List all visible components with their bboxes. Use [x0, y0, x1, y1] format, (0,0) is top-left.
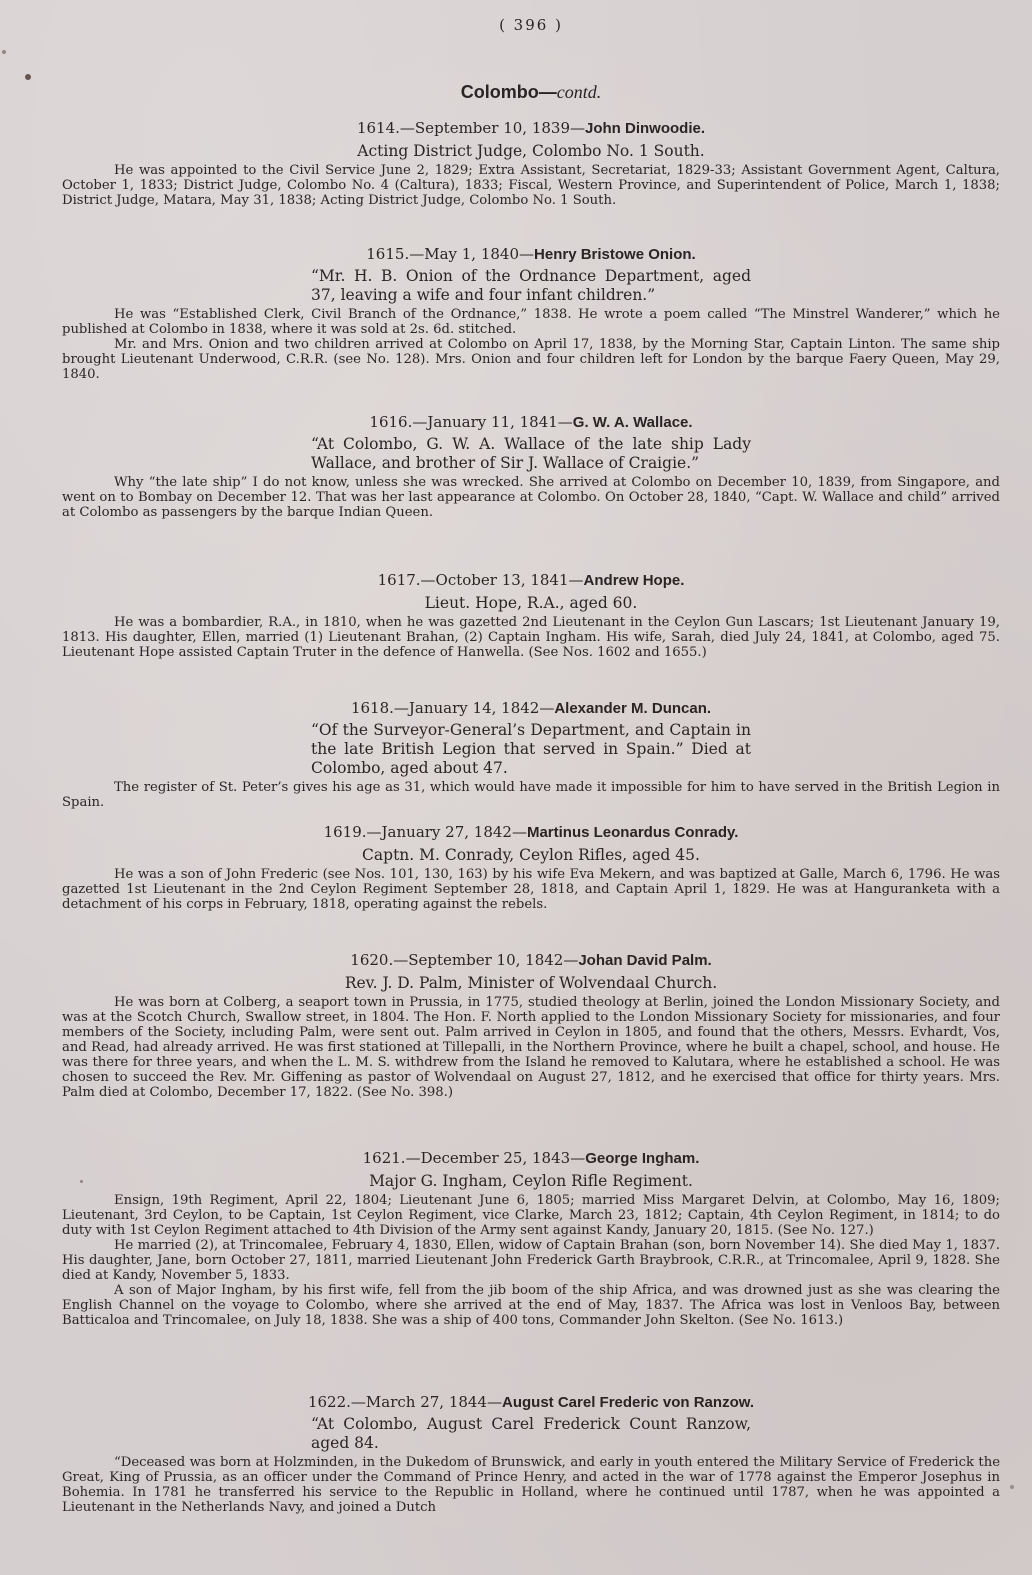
entry-quote: “At Colombo, G. W. A. Wallace of the lat… [311, 435, 751, 473]
entry-paragraph: He was born at Colberg, a seaport town i… [62, 995, 1000, 1100]
paper-speck [80, 1180, 83, 1183]
entry-name: G. W. A. Wallace. [573, 414, 693, 431]
entry-subtitle: Lieut. Hope, R.A., aged 60. [62, 593, 1000, 613]
entry-number-date: 1616.—January 11, 1841— [369, 413, 572, 431]
entry-number-date: 1615.—May 1, 1840— [366, 245, 534, 263]
paper-speck [25, 74, 31, 80]
entry-1622: 1622.—March 27, 1844—August Carel Freder… [62, 1392, 1000, 1515]
entry-heading: 1620.—September 10, 1842—Johan David Pal… [62, 950, 1000, 971]
paper-speck [1010, 1485, 1014, 1489]
entry-number-date: 1621.—December 25, 1843— [363, 1149, 586, 1167]
entry-quote: “At Colombo, August Carel Frederick Coun… [311, 1415, 751, 1453]
entry-paragraph: Mr. and Mrs. Onion and two children arri… [62, 337, 1000, 382]
page-number: ( 396 ) [62, 16, 1000, 34]
entry-body: The register of St. Peter’s gives his ag… [62, 780, 1000, 810]
entry-subtitle: Acting District Judge, Colombo No. 1 Sou… [62, 141, 1000, 161]
entry-number-date: 1614.—September 10, 1839— [357, 119, 585, 137]
entry-1615: 1615.—May 1, 1840—Henry Bristowe Onion. … [62, 244, 1000, 382]
entry-heading: 1621.—December 25, 1843—George Ingham. [62, 1148, 1000, 1169]
entry-number-date: 1618.—January 14, 1842— [351, 699, 554, 717]
section-title: Colombo—contd. [62, 82, 1000, 103]
section-title-text: Colombo [461, 82, 539, 102]
entry-body: He was “Established Clerk, Civil Branch … [62, 307, 1000, 382]
entry-name: Andrew Hope. [584, 572, 685, 589]
entry-name: Martinus Leonardus Conrady. [527, 824, 738, 841]
entry-name: Henry Bristowe Onion. [534, 246, 696, 263]
entry-name: Alexander M. Duncan. [554, 700, 711, 717]
entry-paragraph: “Deceased was born at Holzminden, in the… [62, 1455, 1000, 1515]
entry-1621: 1621.—December 25, 1843—George Ingham. M… [62, 1148, 1000, 1328]
entry-paragraph: He was “Established Clerk, Civil Branch … [62, 307, 1000, 337]
entry-heading: 1619.—January 27, 1842—Martinus Leonardu… [62, 822, 1000, 843]
paper-speck [2, 50, 6, 54]
entry-body: Why “the late ship” I do not know, unles… [62, 475, 1000, 520]
entry-number-date: 1622.—March 27, 1844— [308, 1393, 502, 1411]
entry-number-date: 1619.—January 27, 1842— [324, 823, 527, 841]
entry-paragraph: He was a bombardier, R.A., in 1810, when… [62, 615, 1000, 660]
entry-heading: 1616.—January 11, 1841—G. W. A. Wallace. [62, 412, 1000, 433]
entry-body: He was appointed to the Civil Service Ju… [62, 163, 1000, 208]
entry-paragraph: Ensign, 19th Regiment, April 22, 1804; L… [62, 1193, 1000, 1238]
entry-1614: 1614.—September 10, 1839—John Dinwoodie.… [62, 118, 1000, 208]
entry-1617: 1617.—October 13, 1841—Andrew Hope. Lieu… [62, 570, 1000, 660]
entry-heading: 1622.—March 27, 1844—August Carel Freder… [62, 1392, 1000, 1413]
section-title-suffix: contd. [557, 82, 602, 102]
entry-body: Ensign, 19th Regiment, April 22, 1804; L… [62, 1193, 1000, 1328]
entry-body: “Deceased was born at Holzminden, in the… [62, 1455, 1000, 1515]
entry-heading: 1615.—May 1, 1840—Henry Bristowe Onion. [62, 244, 1000, 265]
entry-heading: 1618.—January 14, 1842—Alexander M. Dunc… [62, 698, 1000, 719]
entry-body: He was born at Colberg, a seaport town i… [62, 995, 1000, 1100]
entry-subtitle: Major G. Ingham, Ceylon Rifle Regiment. [62, 1171, 1000, 1191]
entry-paragraph: He was a son of John Frederic (see Nos. … [62, 867, 1000, 912]
entry-quote: “Mr. H. B. Onion of the Ordnance Departm… [311, 267, 751, 305]
entry-1618: 1618.—January 14, 1842—Alexander M. Dunc… [62, 698, 1000, 810]
entry-number-date: 1620.—September 10, 1842— [350, 951, 578, 969]
entry-name: John Dinwoodie. [585, 120, 705, 137]
entry-paragraph: He married (2), at Trincomalee, February… [62, 1238, 1000, 1283]
entry-name: Johan David Palm. [578, 952, 711, 969]
entry-paragraph: He was appointed to the Civil Service Ju… [62, 163, 1000, 208]
entry-subtitle: Rev. J. D. Palm, Minister of Wolvendaal … [62, 973, 1000, 993]
entry-name: George Ingham. [585, 1150, 699, 1167]
entry-1616: 1616.—January 11, 1841—G. W. A. Wallace.… [62, 412, 1000, 520]
entry-quote: “Of the Surveyor-General’s Department, a… [311, 721, 751, 778]
entry-body: He was a son of John Frederic (see Nos. … [62, 867, 1000, 912]
entry-subtitle: Captn. M. Conrady, Ceylon Rifles, aged 4… [62, 845, 1000, 865]
entry-heading: 1617.—October 13, 1841—Andrew Hope. [62, 570, 1000, 591]
entry-1619: 1619.—January 27, 1842—Martinus Leonardu… [62, 822, 1000, 912]
entry-name: August Carel Frederic von Ranzow. [502, 1394, 754, 1411]
entry-1620: 1620.—September 10, 1842—Johan David Pal… [62, 950, 1000, 1100]
entry-body: He was a bombardier, R.A., in 1810, when… [62, 615, 1000, 660]
entry-paragraph: Why “the late ship” I do not know, unles… [62, 475, 1000, 520]
entry-paragraph: A son of Major Ingham, by his first wife… [62, 1283, 1000, 1328]
entry-heading: 1614.—September 10, 1839—John Dinwoodie. [62, 118, 1000, 139]
entry-number-date: 1617.—October 13, 1841— [378, 571, 584, 589]
entry-paragraph: The register of St. Peter’s gives his ag… [62, 780, 1000, 810]
